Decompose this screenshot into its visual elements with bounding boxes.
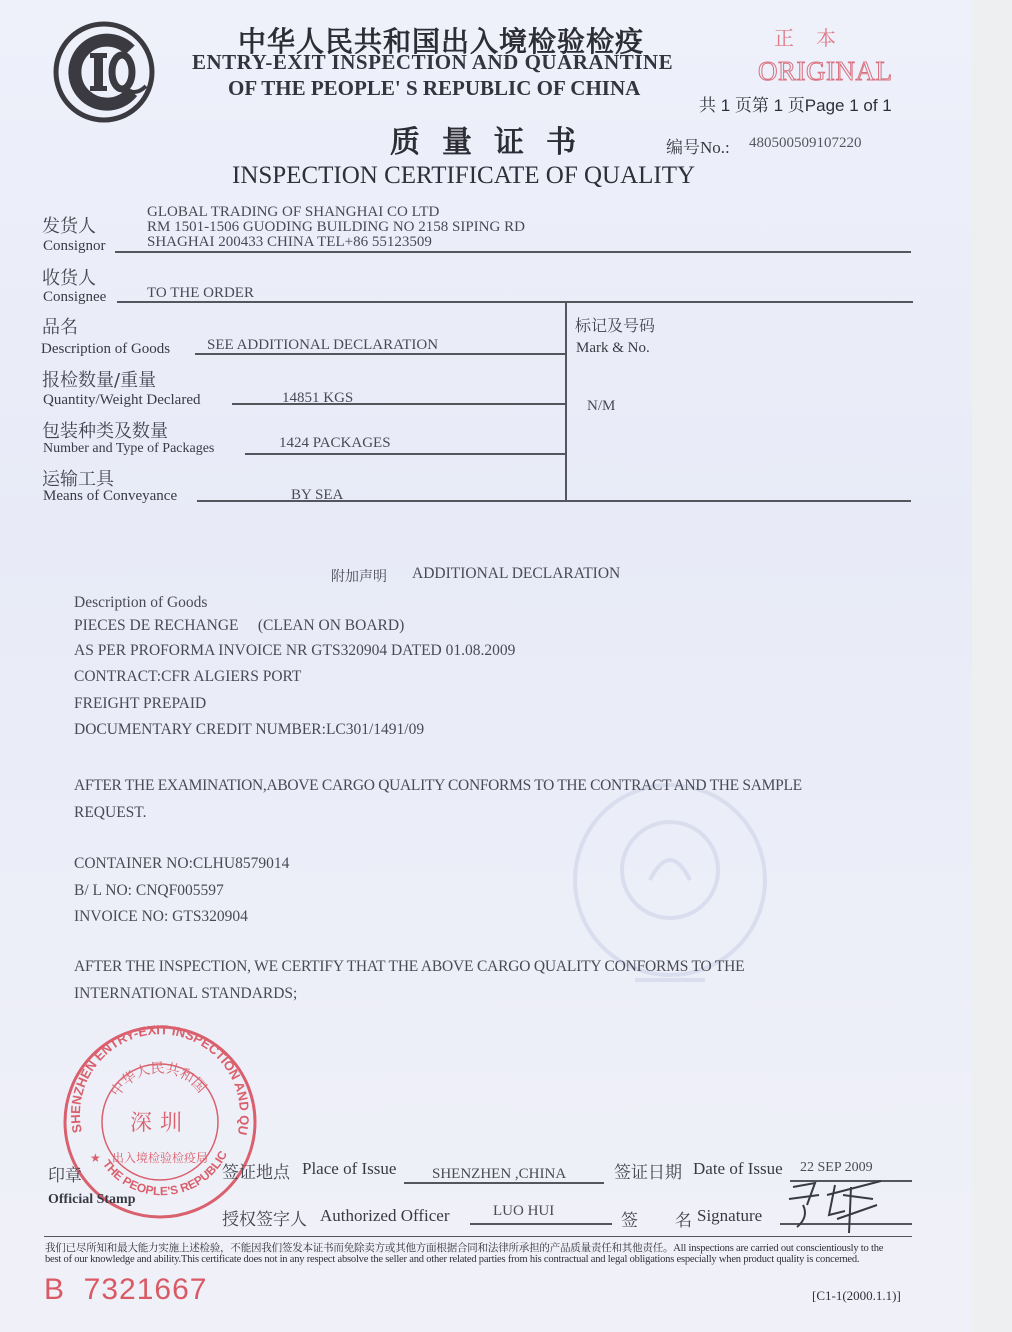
officer-value: LUO HUI <box>493 1203 554 1220</box>
examination-line: AFTER THE EXAMINATION,ABOVE CARGO QUALIT… <box>74 777 802 795</box>
consignee-underline <box>117 301 913 303</box>
consignor-label-en: Consignor <box>43 238 106 255</box>
packages-label-en: Number and Type of Packages <box>43 441 214 457</box>
signature-label-cn-2: 名 <box>675 1206 692 1231</box>
disclaimer-line-2: best of our knowledge and ability.This c… <box>45 1254 859 1265</box>
date-label-cn: 签证日期 <box>614 1158 682 1183</box>
packages-value: 1424 PACKAGES <box>279 435 391 452</box>
original-mark-cn: 正本 <box>774 22 858 51</box>
description-underline <box>195 353 566 355</box>
form-code: [C1-1(2000.1.1)] <box>812 1288 901 1304</box>
reference-line: CONTAINER NO:CLHU8579014 <box>74 855 289 873</box>
quantity-underline <box>232 403 566 405</box>
cert-no-label: 编号No.: <box>666 133 730 158</box>
stamp-inner-top: 中华人民共和国 <box>107 1060 209 1099</box>
description-label-en: Description of Goods <box>41 341 170 358</box>
goods-line: Description of Goods <box>74 594 207 612</box>
goods-line: PIECES DE RECHANGE (CLEAN ON BOARD) <box>74 617 404 635</box>
consignor-underline <box>115 251 911 253</box>
stamp-inner-bottom: 出入境检验检疫局 <box>112 1150 208 1165</box>
consignor-label-cn: 发货人 <box>42 212 96 238</box>
description-value: SEE ADDITIONAL DECLARATION <box>207 337 438 354</box>
place-label-cn: 签证地点 <box>222 1158 290 1183</box>
goods-line: DOCUMENTARY CREDIT NUMBER:LC301/1491/09 <box>74 721 424 739</box>
goods-line: AS PER PROFORMA INVOICE NR GTS320904 DAT… <box>74 642 515 660</box>
svg-text:★: ★ <box>90 1151 101 1165</box>
date-value: 22 SEP 2009 <box>800 1160 873 1176</box>
place-underline <box>404 1182 604 1184</box>
goods-line: CONTRACT:CFR ALGIERS PORT <box>74 668 301 686</box>
additional-declaration-heading-en: ADDITIONAL DECLARATION <box>412 565 620 583</box>
goods-line: FREIGHT PREPAID <box>74 695 206 713</box>
consignee-label-cn: 收货人 <box>42 264 96 290</box>
consignee-label-en: Consignee <box>43 289 106 306</box>
officer-underline <box>470 1223 612 1225</box>
officer-label-cn: 授权签字人 <box>222 1205 307 1230</box>
disclaimer-line-1: 我们已尽所知和最大能力实施上述检验，不能因我们签发本证书而免除卖方或其他方面根据… <box>45 1240 883 1255</box>
reference-line: B/ L NO: CNQF005597 <box>74 882 224 900</box>
quantity-label-cn: 报检数量/重量 <box>42 366 156 392</box>
certification-line: INTERNATIONAL STANDARDS; <box>74 985 297 1003</box>
ciq-logo-icon <box>52 20 156 124</box>
footer-divider <box>44 1236 912 1237</box>
handwritten-signature-icon <box>785 1175 885 1235</box>
additional-declaration-heading-cn: 附加声明 <box>331 566 387 586</box>
scan-margin <box>972 0 1012 1332</box>
stamp-label-cn: 印章 <box>48 1161 82 1186</box>
consignee-value: TO THE ORDER <box>147 285 254 302</box>
reference-line: INVOICE NO: GTS320904 <box>74 908 248 926</box>
cert-no-value: 480500509107220 <box>749 135 862 152</box>
place-value: SHENZHEN ,CHINA <box>432 1166 566 1183</box>
title-cn: 质量证书 <box>390 117 598 161</box>
officer-label-en: Authorized Officer <box>320 1206 450 1226</box>
stamp-inner-center: 深圳 <box>130 1111 190 1136</box>
signature-label-en: Signature <box>697 1206 762 1226</box>
marks-label-en: Mark & No. <box>576 340 650 357</box>
signature-label-cn-1: 签 <box>621 1206 638 1231</box>
conveyance-underline <box>197 500 911 502</box>
svg-text:中华人民共和国: 中华人民共和国 <box>107 1060 209 1099</box>
examination-line: REQUEST. <box>74 804 146 822</box>
packages-underline <box>245 453 566 455</box>
certification-line: AFTER THE INSPECTION, WE CERTIFY THAT TH… <box>74 958 744 976</box>
quantity-label-en: Quantity/Weight Declared <box>43 392 201 409</box>
serial-number: B 7321667 <box>44 1273 207 1307</box>
page-indicator: 共 1 页第 1 页Page 1 of 1 <box>699 91 892 116</box>
marks-label-cn: 标记及号码 <box>575 313 655 336</box>
title-en: INSPECTION CERTIFICATE OF QUALITY <box>232 162 695 190</box>
org-name-en-line1: ENTRY-EXIT INSPECTION AND QUARANTINE <box>192 50 673 75</box>
date-label-en: Date of Issue <box>693 1159 783 1179</box>
conveyance-label-en: Means of Conveyance <box>43 488 177 505</box>
description-label-cn: 品名 <box>42 313 78 339</box>
packages-label-cn: 包装种类及数量 <box>42 417 168 443</box>
place-label-en: Place of Issue <box>302 1159 396 1179</box>
consignor-line-3: SHAGHAI 200433 CHINA TEL+86 55123509 <box>147 234 432 251</box>
marks-column-divider <box>565 302 567 501</box>
marks-value: N/M <box>587 398 615 415</box>
watermark-emblem-icon <box>540 770 800 1030</box>
stamp-label-en: Official Stamp <box>48 1192 136 1208</box>
org-name-en-line2: OF THE PEOPLE' S REPUBLIC OF CHINA <box>228 76 640 101</box>
original-mark-en: ORIGINAL <box>758 56 892 87</box>
